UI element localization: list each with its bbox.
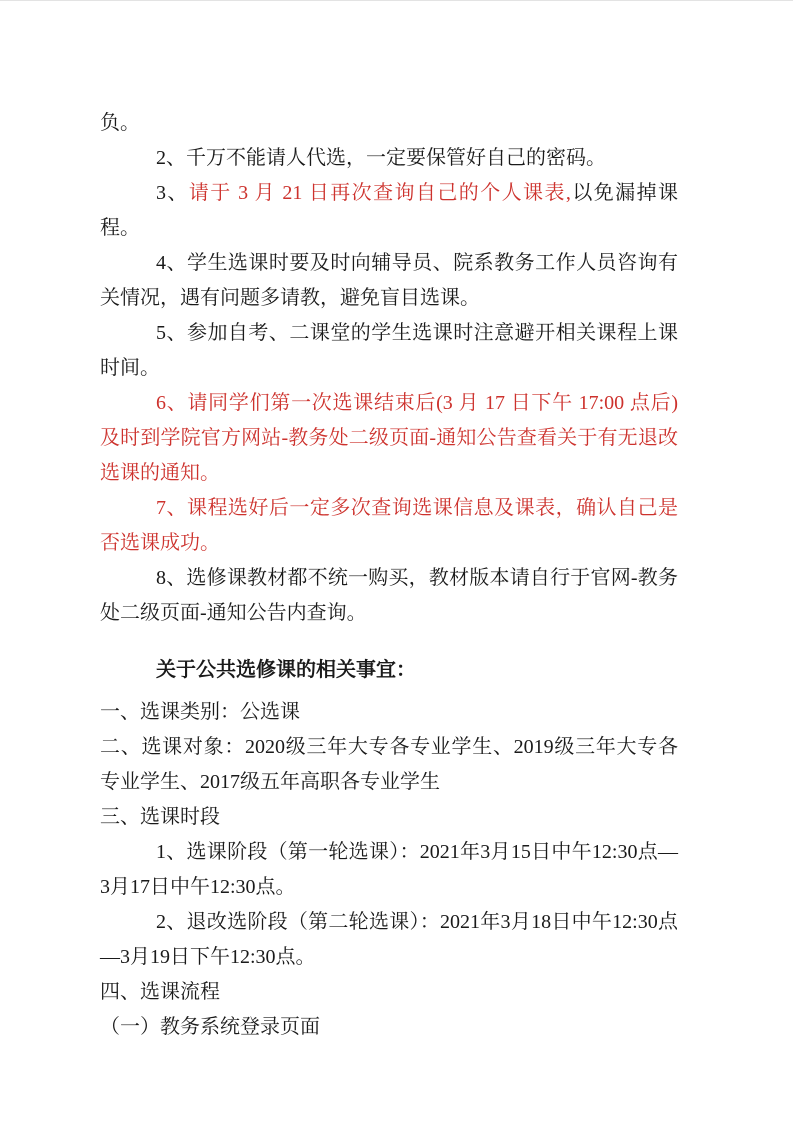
text-segment: （一）教务系统登录页面 xyxy=(100,1016,320,1038)
process-step-1: （一）教务系统登录页面 xyxy=(100,1010,678,1045)
text-segment: 2、退改选阶段（第二轮选课）：2021年3月18日中午12:30点—3月19日下… xyxy=(100,911,678,968)
notice-item-8: 8、选修课教材都不统一购买，教材版本请自行于官网-教务处二级页面-通知公告内查询… xyxy=(100,561,678,631)
text-segment: 二、选课对象：2020级三年大专各专业学生、2019级三年大专各专业学生、201… xyxy=(100,736,678,793)
period-stage-2: 2、退改选阶段（第二轮选课）：2021年3月18日中午12:30点—3月19日下… xyxy=(100,905,678,975)
text-segment: 请于 3 月 21 日再次查询自己的个人课表, xyxy=(189,182,571,204)
list-item-target: 二、选课对象：2020级三年大专各专业学生、2019级三年大专各专业学生、201… xyxy=(100,730,678,800)
text-segment: 4、学生选课时要及时向辅导员、院系教务工作人员咨询有关情况，遇有问题多请教，避免… xyxy=(100,252,678,309)
list-item-process: 四、选课流程 xyxy=(100,975,678,1010)
text-segment: 关于公共选修课的相关事宜： xyxy=(156,659,416,681)
para-continuation: 负。 xyxy=(100,106,678,141)
text-segment: 1、选课阶段（第一轮选课）：2021年3月15日中午12:30点—3月17日中午… xyxy=(100,841,678,898)
notice-item-3: 3、请于 3 月 21 日再次查询自己的个人课表,以免漏掉课程。 xyxy=(100,176,678,246)
text-segment: 8、选修课教材都不统一购买，教材版本请自行于官网-教务处二级页面-通知公告内查询… xyxy=(100,567,678,624)
document-body: 负。2、千万不能请人代选，一定要保管好自己的密码。3、请于 3 月 21 日再次… xyxy=(100,106,678,1045)
text-segment: 3、 xyxy=(156,182,189,204)
text-segment: 四、选课流程 xyxy=(100,981,220,1003)
document-page: 负。2、千万不能请人代选，一定要保管好自己的密码。3、请于 3 月 21 日再次… xyxy=(0,0,793,1122)
text-segment: 一、选课类别：公选课 xyxy=(100,701,300,723)
text-segment: 2、千万不能请人代选，一定要保管好自己的密码。 xyxy=(156,147,606,169)
list-item-period: 三、选课时段 xyxy=(100,800,678,835)
section-heading-public-electives: 关于公共选修课的相关事宜： xyxy=(100,653,678,688)
text-segment: 7、课程选好后一定多次查询选课信息及课表，确认自己是否选课成功。 xyxy=(100,497,678,554)
notice-item-2: 2、千万不能请人代选，一定要保管好自己的密码。 xyxy=(100,141,678,176)
period-stage-1: 1、选课阶段（第一轮选课）：2021年3月15日中午12:30点—3月17日中午… xyxy=(100,835,678,905)
notice-item-4: 4、学生选课时要及时向辅导员、院系教务工作人员咨询有关情况，遇有问题多请教，避免… xyxy=(100,246,678,316)
text-segment: 负。 xyxy=(100,112,140,134)
list-item-category: 一、选课类别：公选课 xyxy=(100,695,678,730)
notice-item-5: 5、参加自考、二课堂的学生选课时注意避开相关课程上课时间。 xyxy=(100,316,678,386)
notice-item-6: 6、请同学们第一次选课结束后(3 月 17 日下午 17:00 点后)及时到学院… xyxy=(100,386,678,491)
notice-item-7: 7、课程选好后一定多次查询选课信息及课表，确认自己是否选课成功。 xyxy=(100,491,678,561)
text-segment: 6、请同学们第一次选课结束后(3 月 17 日下午 17:00 点后)及时到学院… xyxy=(100,392,678,484)
text-segment: 5、参加自考、二课堂的学生选课时注意避开相关课程上课时间。 xyxy=(100,322,678,379)
text-segment: 三、选课时段 xyxy=(100,806,220,828)
